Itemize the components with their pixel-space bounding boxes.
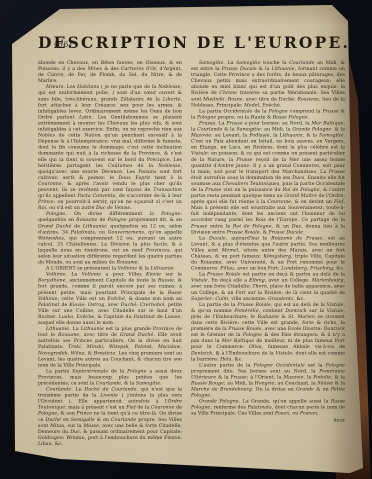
- page-header: DESCRIPTION DE L'EUROPE.: [38, 33, 345, 52]
- paragraph: Samogitie. La Samogitie touche la Courla…: [191, 60, 345, 108]
- paragraph: La partie Occidentale de la Pologne comp…: [191, 108, 345, 120]
- paragraph: Courlande. Le Duché de Courlande, qui n'…: [38, 387, 182, 447]
- paragraph: Prusse. La Prusse a pour bornes: au Nord…: [191, 120, 345, 235]
- paragraph: Pologne. On divise différemment la Polog…: [38, 211, 182, 265]
- book-page: (66) DESCRIPTION DE L'EUROPE. abonde en …: [0, 0, 372, 479]
- paragraph: La partie de la Prusse Roiale, qui est a…: [191, 302, 345, 362]
- paragraph: Volhinie. La Volhinie a pour Villes Kiov…: [38, 272, 182, 326]
- paragraph: La Ducale, aujourd'hui le Roiaume de Pru…: [191, 235, 345, 271]
- catchword: deux: [191, 417, 345, 423]
- two-column-text: abonde en Chevaux, en Bêtes fauves, en O…: [38, 60, 345, 447]
- paragraph: Mœurs. Les Habitans ( je ne parle que de…: [38, 84, 182, 211]
- left-column: abonde en Chevaux, en Bêtes fauves, en O…: [38, 60, 182, 447]
- right-column: Samogitie. La Samogitie touche la Courla…: [191, 60, 345, 447]
- text-block: abonde en Chevaux, en Bêtes fauves, en O…: [38, 60, 345, 447]
- paragraph: La partie Septentrionale de la Pologne a…: [38, 368, 182, 386]
- paragraph: Grande Pologne. La Grande, qu'on appelle…: [191, 399, 345, 417]
- paragraph: L'autre partie de la Pologne Occidentale…: [191, 362, 345, 398]
- paragraph: Lithuanie. La Lithuanie est la plus gran…: [38, 326, 182, 368]
- paragraph: La Prusse Roiale est partie en deçà & pa…: [191, 272, 345, 302]
- paragraph: abonde en Chevaux, en Bêtes fauves, en O…: [38, 60, 182, 84]
